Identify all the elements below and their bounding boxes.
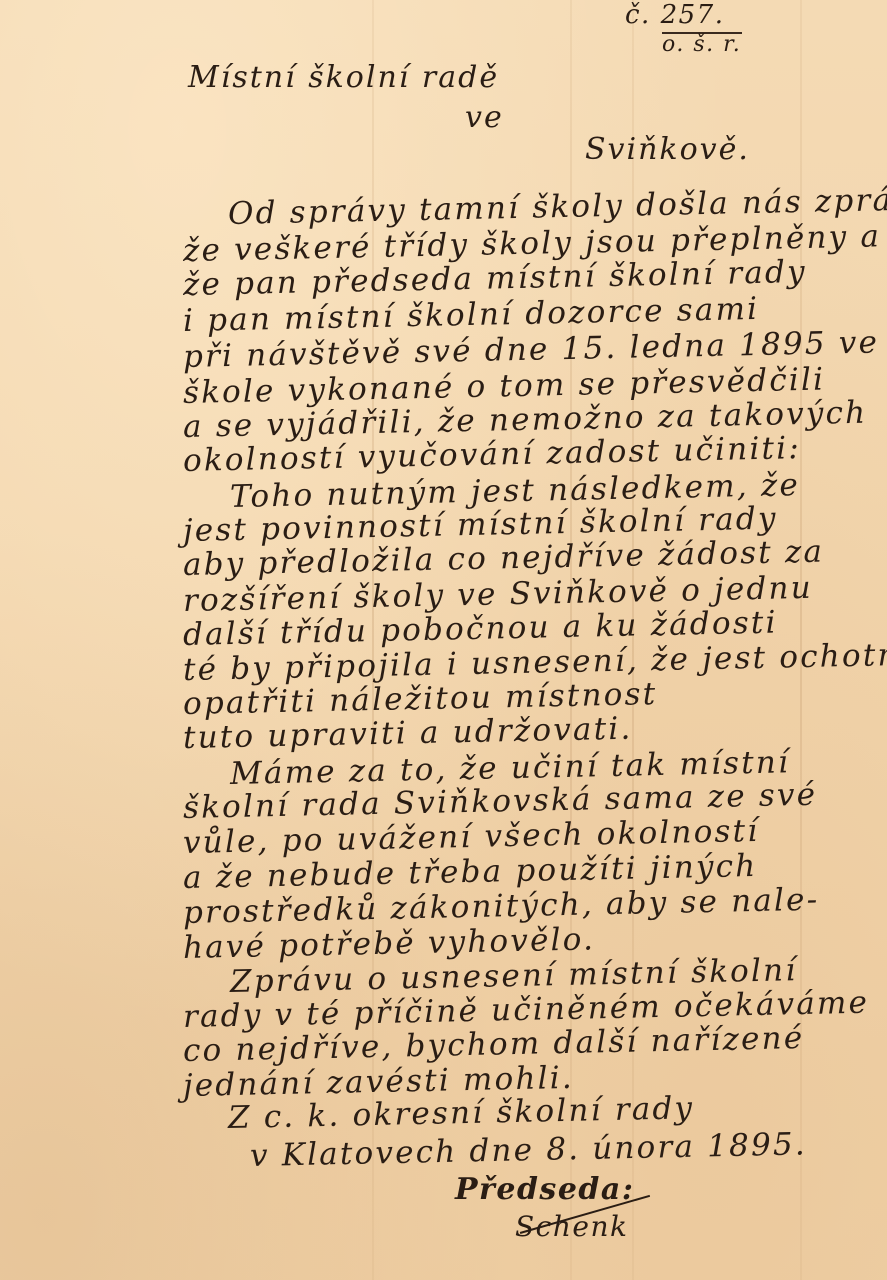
signature-title: Předseda:: [455, 1172, 634, 1207]
reference-sub: o. š. r.: [662, 32, 741, 57]
address-line-3: Sviňkově.: [585, 132, 750, 167]
reference-number: č. 257.: [625, 0, 724, 30]
address-line-1: Místní školní radě: [188, 60, 499, 95]
address-line-2: ve: [465, 100, 504, 135]
signature-name: Schenk: [515, 1210, 628, 1243]
letter-page: č. 257. o. š. r. Místní školní radě ve S…: [0, 0, 887, 1280]
